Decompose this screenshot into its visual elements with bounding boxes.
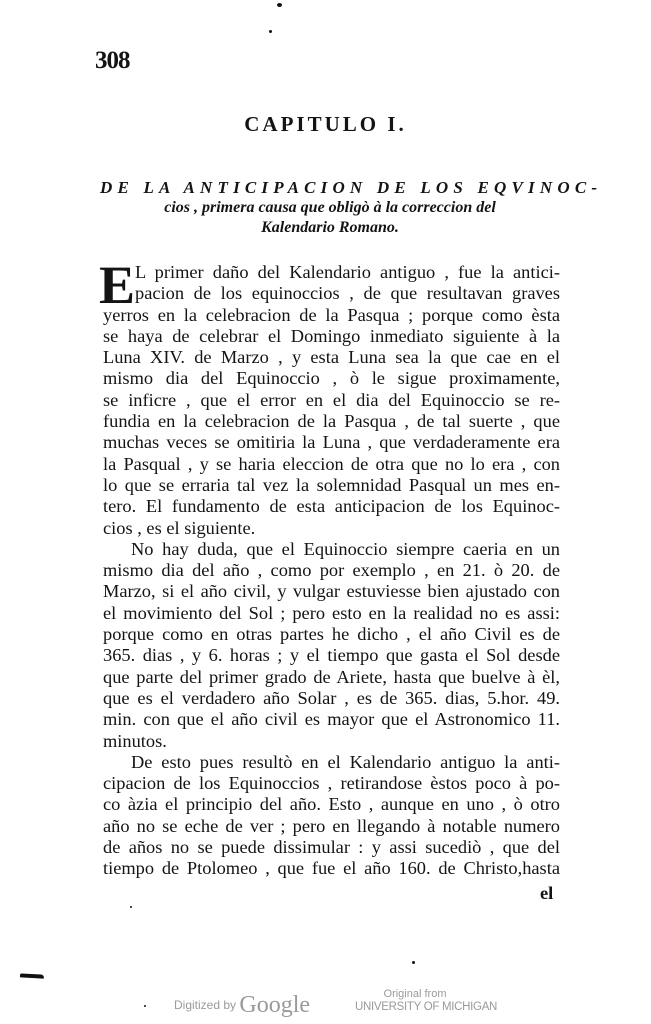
original-source-notice: Original from UNIVERSITY OF MICHIGAN — [355, 988, 475, 1014]
text-line: se haya de celebrar el Domingo inmediato… — [103, 326, 560, 347]
subtitle-line-1: DE LA ANTICIPACION DE LOS EQVINOC- — [100, 178, 560, 198]
text-line: fundia en la celebracion de la Pasqua , … — [103, 411, 560, 432]
text-line: minutos. — [103, 731, 560, 752]
text-line: yerros en la celebracion de la Pasqua ; … — [103, 305, 560, 326]
text-line: 365. dias , y 6. horas ; y el tiempo que… — [103, 645, 560, 666]
body-text: E L primer daño del Kalendario antiguo ,… — [103, 262, 560, 880]
text-line: tiempo de Ptolomeo , que fue el año 160.… — [103, 858, 560, 879]
text-line: lo que se erraria tal vez la solemnidad … — [103, 475, 560, 496]
text-line: tero. El fundamento de esta anticipacion… — [103, 496, 560, 517]
scan-speck — [277, 3, 282, 7]
scan-smudge — [20, 973, 44, 978]
page-number: 308 — [95, 47, 130, 75]
chapter-title: CAPITULO I. — [0, 112, 651, 137]
text-line: mismo dia del Equinoccio , ò le sigue pr… — [103, 368, 560, 389]
text-line: que es el verdadero año Solar , es de 36… — [103, 688, 560, 709]
text-line: Luna XIV. de Marzo , y esta Luna sea la … — [103, 347, 560, 368]
scan-speck — [130, 906, 132, 908]
catchword: el — [540, 883, 553, 904]
drop-cap: E — [99, 262, 135, 308]
subtitle-line-2: cios , primera causa que obligò à la cor… — [100, 198, 560, 218]
digitized-prefix: Digitized by — [174, 998, 236, 1012]
text-line: pacion de los equinoccios , de que resul… — [103, 283, 560, 304]
original-institution: UNIVERSITY OF MICHIGAN — [355, 1001, 475, 1014]
chapter-subtitle: DE LA ANTICIPACION DE LOS EQVINOC- cios … — [100, 178, 560, 238]
text-line: porque como en otras partes he dicho , e… — [103, 624, 560, 645]
scan-speck — [412, 961, 415, 964]
text-line: la Pasqual , y se haria eleccion de otra… — [103, 454, 560, 475]
text-line: No hay duda, que el Equinoccio siempre c… — [103, 539, 560, 560]
subtitle-line-3: Kalendario Romano. — [100, 218, 560, 238]
text-line: el movimiento del Sol ; pero esto en la … — [103, 603, 560, 624]
text-line: co àzia el principio del año. Esto , aun… — [103, 794, 560, 815]
text-line: año no se eche de ver ; pero en llegando… — [103, 816, 560, 837]
text-line: mismo dia del año , como por exemplo , e… — [103, 560, 560, 581]
text-line: que parte del primer grado de Ariete, ha… — [103, 667, 560, 688]
text-line: min. con que el año civil es mayor que e… — [103, 709, 560, 730]
text-line: se inficre , que el error en el dia del … — [103, 390, 560, 411]
text-line: cipacion de los Equinoccios , retirandos… — [103, 773, 560, 794]
text-line: muchas veces se omitiria la Luna , que v… — [103, 432, 560, 453]
digitization-footer: Digitized by Google Original from UNIVER… — [0, 988, 651, 1024]
google-logo: Google — [239, 992, 310, 1018]
text-line: De esto pues resultò en el Kalendario an… — [103, 752, 560, 773]
original-label: Original from — [355, 988, 475, 1001]
text-line: cios , es el siguiente. — [103, 518, 560, 539]
text-line: de años no se puede dissimular : y assi … — [103, 837, 560, 858]
text-line: Marzo, si el año civil, y vulgar estuvie… — [103, 581, 560, 602]
scan-speck — [269, 30, 272, 33]
text-line: L primer daño del Kalendario antiguo , f… — [103, 262, 560, 283]
digitized-by-notice: Digitized by Google — [174, 992, 310, 1019]
